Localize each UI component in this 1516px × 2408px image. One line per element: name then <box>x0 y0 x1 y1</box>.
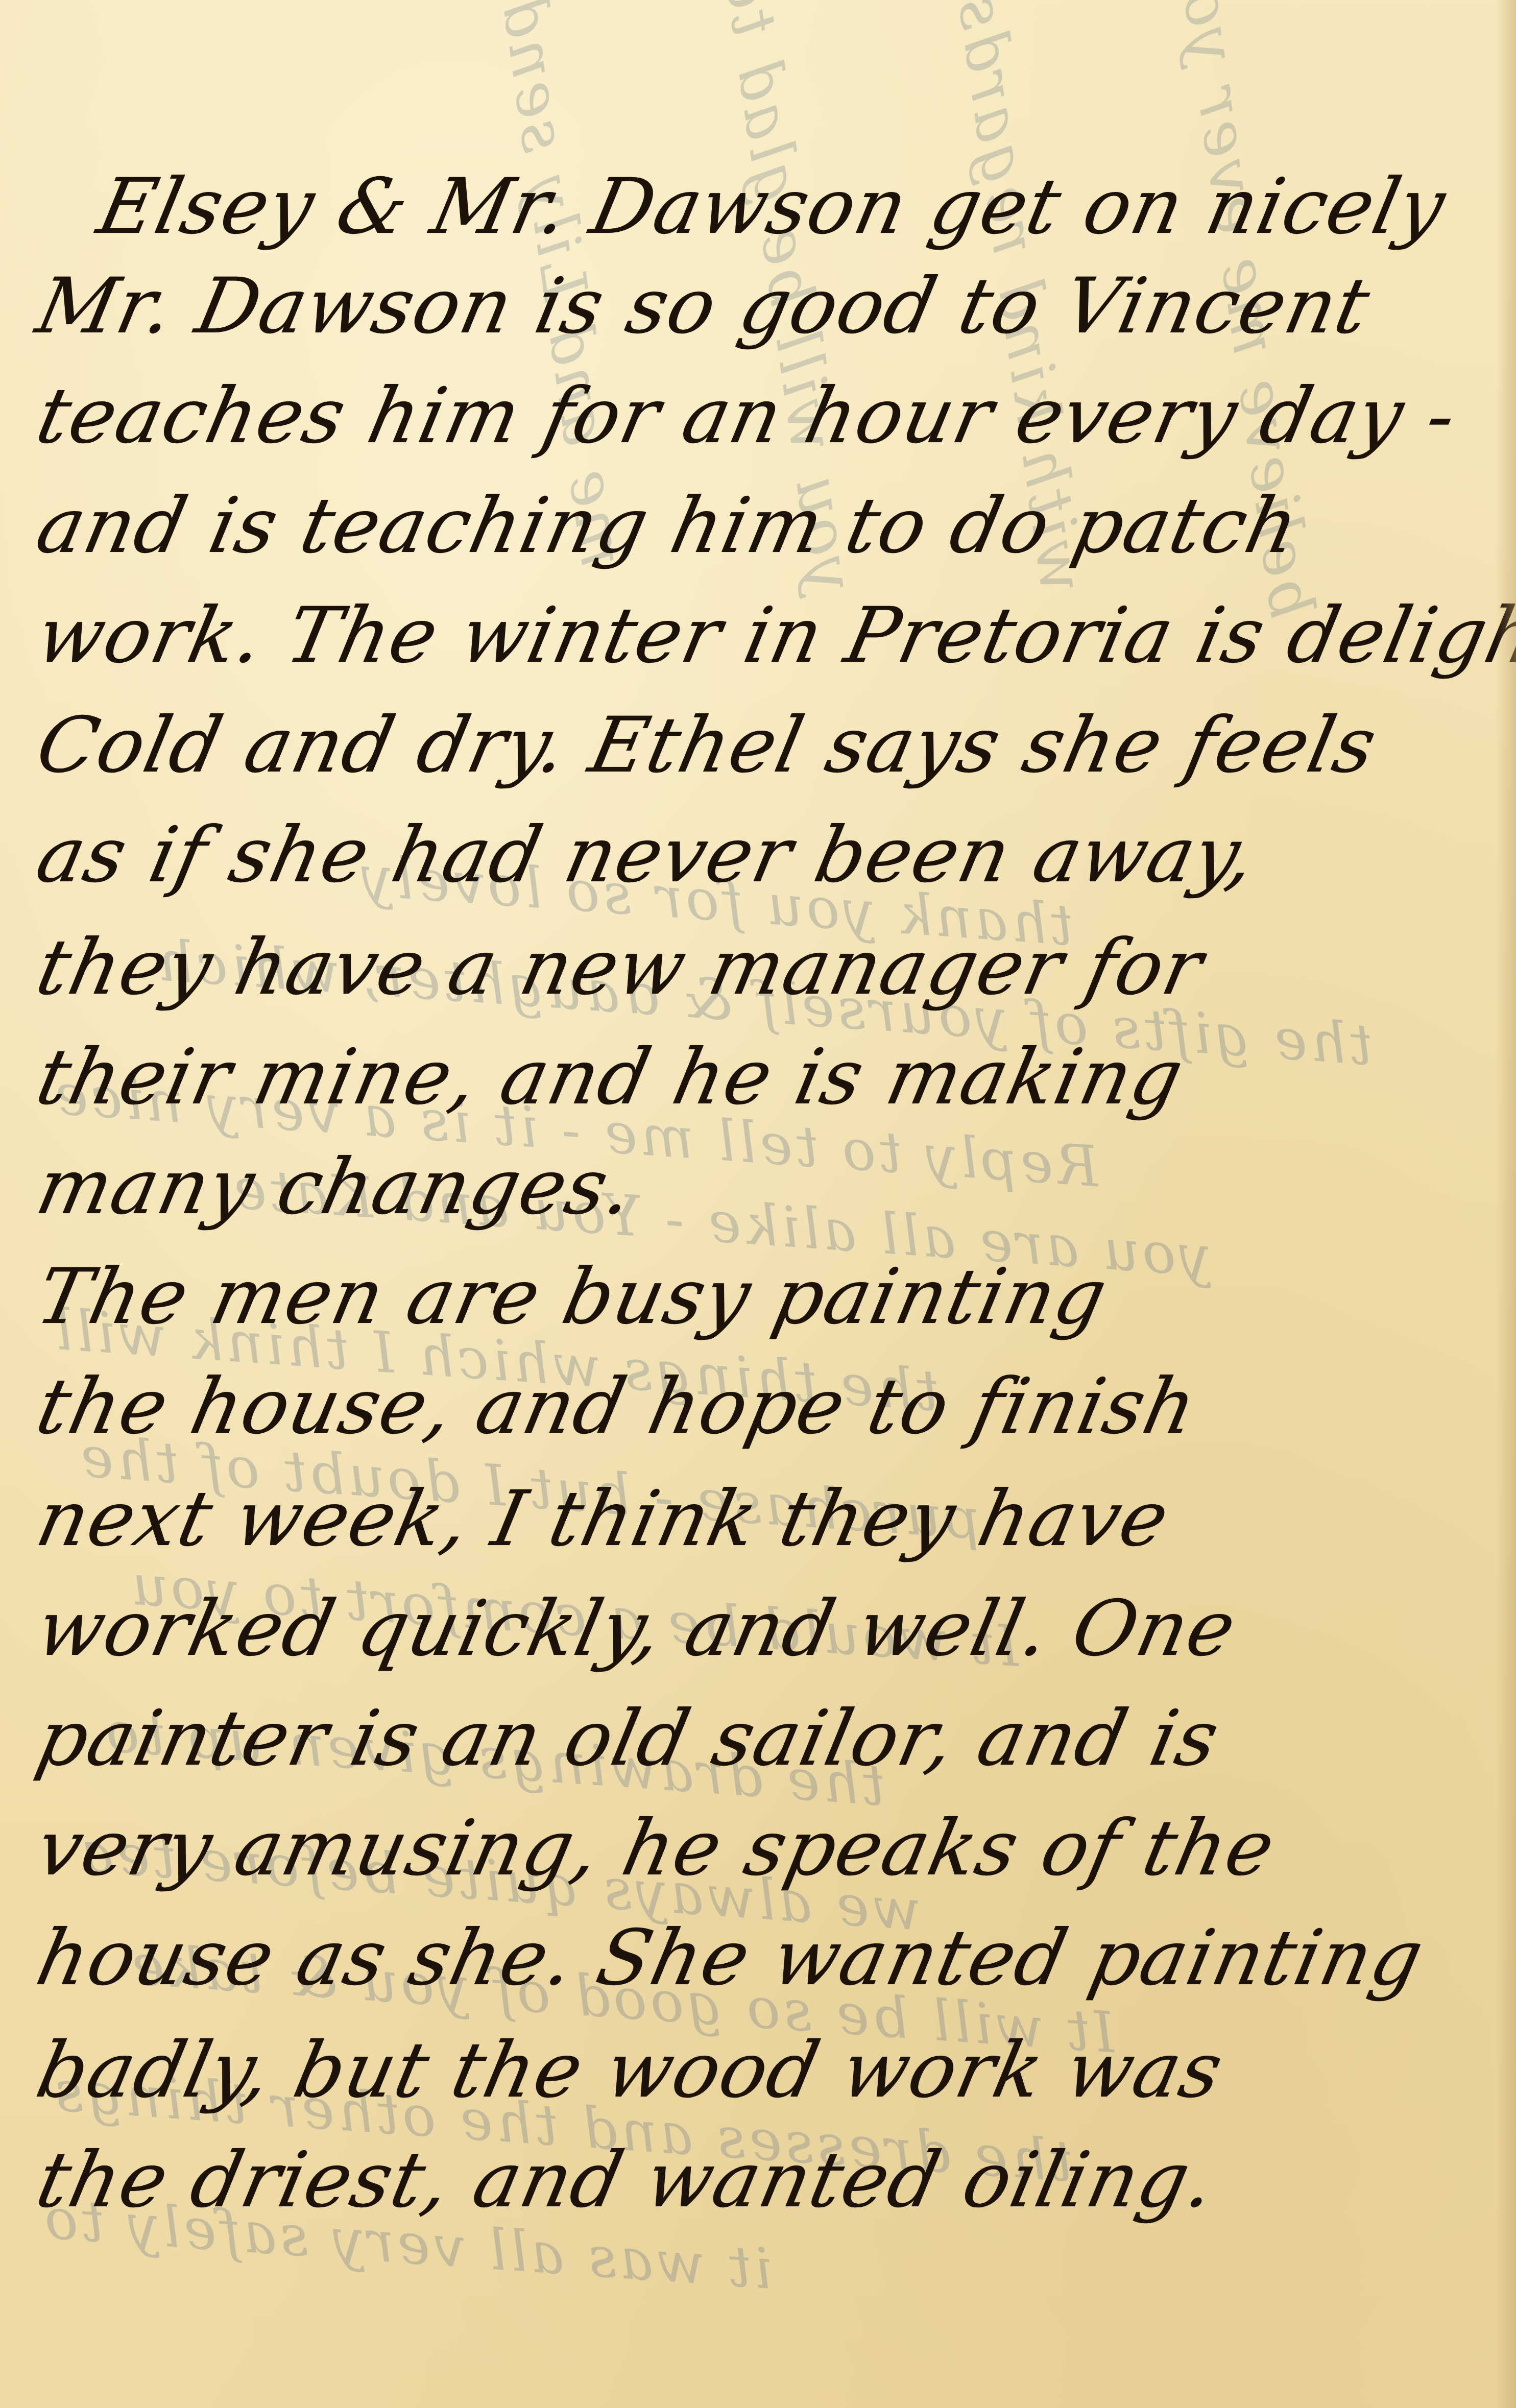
letter-line: they have a new manager for <box>31 929 1210 1006</box>
letter-line: painter is an old sailor, and is <box>31 1700 1226 1777</box>
letter-line: The men are busy painting <box>31 1259 1114 1335</box>
letter-line: as if she had never been away, <box>31 817 1263 894</box>
letter-line: very amusing, he speaks of the <box>31 1810 1282 1887</box>
letter-line: their mine, and he is making <box>31 1039 1190 1116</box>
letter-page: me and Lily send love you will be glad t… <box>0 0 1516 2408</box>
letter-line: the driest, and wanted oiling. <box>31 2142 1222 2219</box>
letter-line: teaches him for an hour every day - <box>31 378 1463 454</box>
letter-line: badly, but the wood work was <box>31 2032 1230 2109</box>
letter-line: work. The winter in Pretoria is delightf… <box>31 597 1516 674</box>
letter-line: worked quickly, and well. One <box>31 1591 1243 1667</box>
letter-line: many changes. <box>31 1149 641 1225</box>
letter-line: Cold and dry. Ethel says she feels <box>31 707 1383 784</box>
letter-line: Mr. Dawson is so good to Vincent <box>31 268 1377 345</box>
letter-line: the house, and hope to finish <box>31 1368 1204 1445</box>
letter-line: Elsey & Mr. Dawson get on nicely <box>92 168 1452 245</box>
letter-line: and is teaching him to do patch <box>31 488 1306 564</box>
letter-line: next week, I think they have <box>31 1481 1176 1557</box>
letter-line: house as she. She wanted painting <box>31 1920 1430 1996</box>
